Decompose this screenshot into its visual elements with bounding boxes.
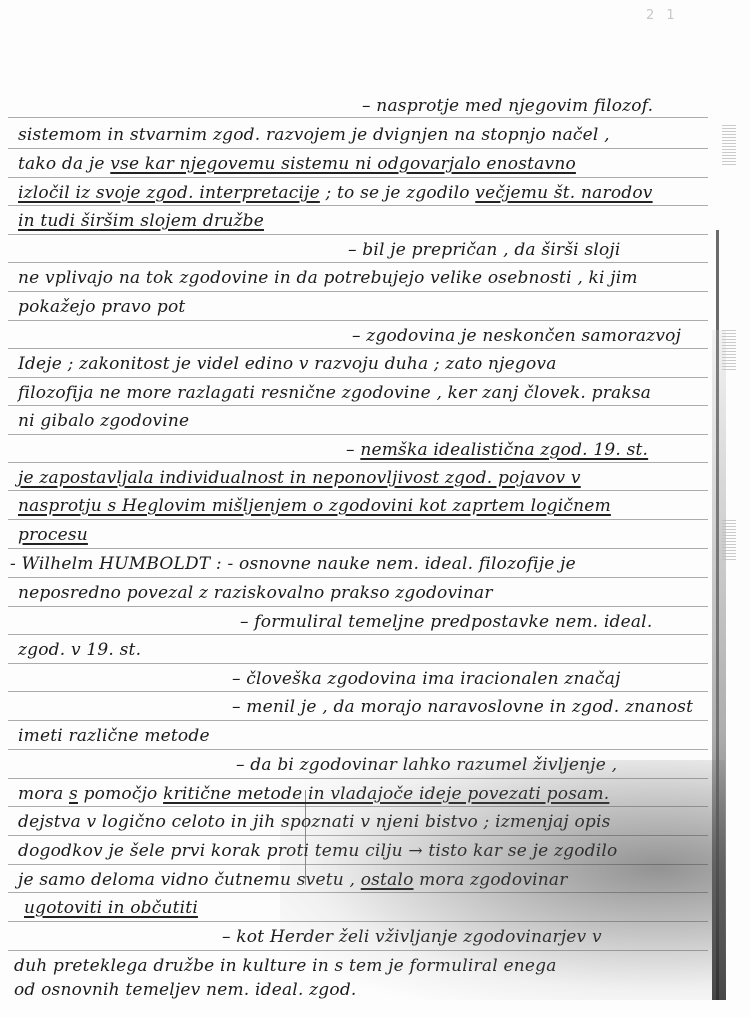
- text-line: – kot Herder želi vživljanje zgodovinarj…: [222, 927, 602, 947]
- text-line: – bil je prepričan , da širši sloji: [348, 240, 621, 260]
- text-line: neposredno povezal z raziskovalno prakso…: [18, 583, 493, 603]
- text-segment: proti temu cilju → tisto kar se je zgodi…: [261, 841, 617, 861]
- scan-edge-shadow: [712, 330, 726, 1000]
- ruled-line: [8, 548, 708, 549]
- ruled-line: [8, 778, 708, 779]
- ruled-line: [8, 864, 708, 865]
- ruled-line: [8, 177, 708, 178]
- text-line: ugotoviti in občutiti: [24, 898, 198, 918]
- ruled-line: [8, 262, 708, 263]
- text-line: dejstva v logično celoto in jih spoznati…: [18, 812, 611, 832]
- ruled-line: [8, 117, 708, 118]
- ruled-line: [8, 577, 708, 578]
- text-line: Ideje ; zakonitost je videl edino v razv…: [18, 354, 557, 374]
- text-segment: mora zgodovinar: [414, 870, 568, 890]
- text-line: izločil iz svoje zgod. interpretacije ; …: [18, 183, 653, 203]
- ruled-line: [8, 892, 708, 893]
- ruled-line: [8, 205, 708, 206]
- text-segment: ; to se je zgodilo: [320, 183, 475, 203]
- ruled-line: [8, 806, 708, 807]
- ruled-line: [8, 234, 708, 235]
- text-line: nasprotju s Heglovim mišljenjem o zgodov…: [18, 496, 611, 516]
- underlined-segment: ostalo: [361, 870, 414, 890]
- ruled-line: [8, 606, 708, 607]
- ruled-line: [8, 749, 708, 750]
- ruled-line: [8, 348, 708, 349]
- text-segment: –: [346, 440, 360, 460]
- ruled-line: [8, 921, 708, 922]
- text-line: od osnovnih temeljev nem. ideal. zgod.: [14, 980, 357, 1000]
- text-line: sistemom in stvarnim zgod. razvojem je d…: [18, 125, 610, 145]
- text-line: je samo deloma vidno čutnemu svetu , ost…: [18, 870, 568, 890]
- text-segment: mora: [18, 784, 69, 804]
- ruled-line: [8, 148, 708, 149]
- text-line: – nasprotje med njegovim filozof.: [362, 96, 653, 116]
- notebook-page: 2 1 – nasprotje med njegovim filozof. si…: [0, 0, 750, 1017]
- text-segment: dogodkov je šele prvi korak: [18, 841, 261, 861]
- scan-edge-mark: [722, 520, 736, 560]
- text-line: imeti različne metode: [18, 726, 210, 746]
- ruled-line: [8, 291, 708, 292]
- underlined-segment: s: [69, 784, 78, 804]
- ruled-line: [8, 720, 708, 721]
- ruled-line: [8, 519, 708, 520]
- underlined-segment: vse kar njegovemu sistemu ni odgovarjalo…: [110, 154, 576, 174]
- text-segment: tako da je: [18, 154, 110, 174]
- underlined-segment: večjemu št. narodov: [475, 183, 652, 203]
- text-line: filozofija ne more razlagati resnične zg…: [18, 383, 651, 403]
- ruled-line: [8, 434, 708, 435]
- ruled-line: [8, 377, 708, 378]
- text-line: ne vplivajo na tok zgodovine in da potre…: [18, 268, 638, 288]
- ruled-line: [8, 462, 708, 463]
- text-line: mora s pomočjo kritične metode in vladaj…: [18, 784, 609, 804]
- text-segment: pomočjo: [78, 784, 163, 804]
- text-line: dogodkov je šele prvi korak proti temu c…: [18, 841, 617, 861]
- scan-edge-mark: [722, 330, 736, 370]
- text-line: je zapostavljala individualnost in nepon…: [18, 468, 581, 488]
- text-line: – nemška idealistična zgod. 19. st.: [346, 440, 648, 460]
- underlined-segment: kritične metode in vladajoče ideje povez…: [163, 784, 609, 804]
- text-line: pokažejo pravo pot: [18, 297, 185, 317]
- text-line: duh preteklega družbe in kulture in s te…: [14, 956, 557, 976]
- text-line: zgod. v 19. st.: [18, 640, 141, 660]
- ruled-line: [8, 405, 708, 406]
- ruled-line: [8, 634, 708, 635]
- text-segment: je samo deloma vidno čutnemu svetu ,: [18, 870, 361, 890]
- text-line: procesu: [18, 525, 88, 545]
- text-line: – formuliral temeljne predpostavke nem. …: [240, 612, 652, 632]
- text-line: tako da je vse kar njegovemu sistemu ni …: [18, 154, 576, 174]
- text-line: ni gibalo zgodovine: [18, 411, 189, 431]
- text-line: in tudi širšim slojem družbe: [18, 211, 264, 231]
- text-line: - Wilhelm HUMBOLDT : - osnovne nauke nem…: [10, 554, 576, 574]
- ruled-line: [8, 490, 708, 491]
- text-line: – človeška zgodovina ima iracionalen zna…: [232, 669, 621, 689]
- text-line: – menil je , da morajo naravoslovne in z…: [232, 697, 693, 717]
- underlined-segment: nemška idealistična zgod. 19. st.: [360, 440, 648, 460]
- page-corner-mark: 2 1: [646, 8, 679, 23]
- scan-edge-mark: [722, 125, 736, 165]
- ruled-line: [8, 691, 708, 692]
- ruled-line: [8, 320, 708, 321]
- ruled-line: [8, 835, 708, 836]
- underlined-segment: izločil iz svoje zgod. interpretacije: [18, 183, 320, 203]
- ruled-line: [8, 663, 708, 664]
- text-line: – da bi zgodovinar lahko razumel življen…: [236, 755, 617, 775]
- text-line: – zgodovina je neskončen samorazvoj: [352, 326, 681, 346]
- ruled-line: [8, 950, 708, 951]
